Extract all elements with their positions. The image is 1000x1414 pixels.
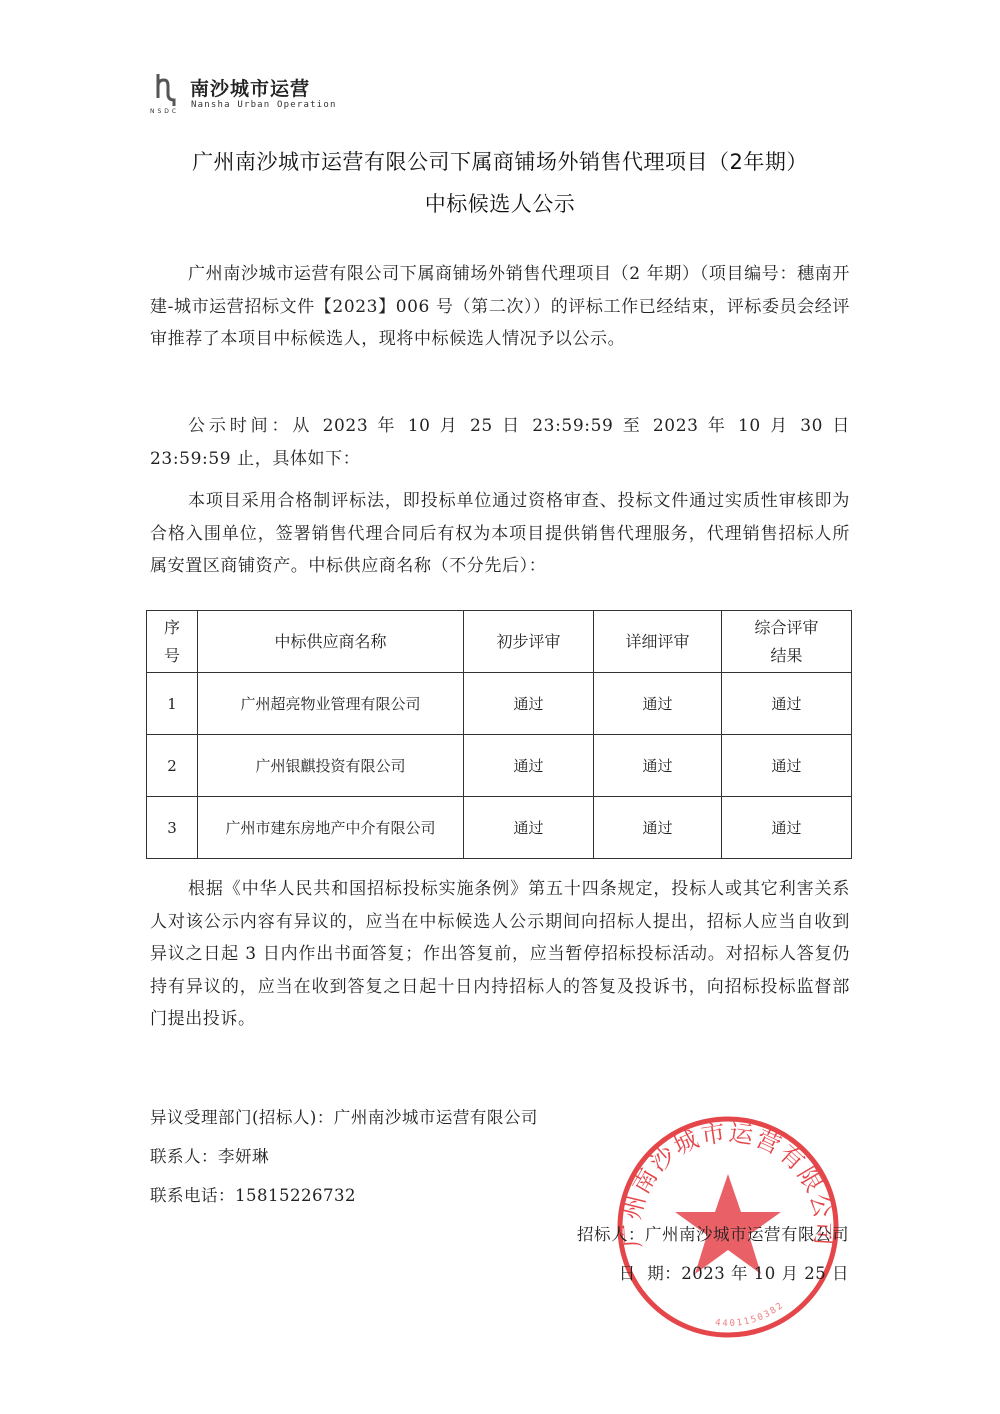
header-overall-result: 综合评审 结果 xyxy=(722,611,852,673)
contact-person: 联系人：李妍琳 xyxy=(150,1143,269,1167)
header-seq: 序 号 xyxy=(147,611,198,673)
cell-supplier-name: 广州市建东房地产中介有限公司 xyxy=(198,797,464,859)
cell-seq: 1 xyxy=(147,673,198,735)
intro-paragraph: 广州南沙城市运营有限公司下属商铺场外销售代理项目（2 年期）（项目编号：穗南开建… xyxy=(150,258,850,356)
header-supplier-name: 中标供应商名称 xyxy=(198,611,464,673)
objection-department: 异议受理部门(招标人)：广州南沙城市运营有限公司 xyxy=(150,1104,538,1128)
logo-abbreviation: NSDC xyxy=(150,108,179,115)
header-preliminary-review: 初步评审 xyxy=(464,611,594,673)
evaluation-method-paragraph: 本项目采用合格制评标法，即投标单位通过资格审查、投标文件通过实质性审核即为合格入… xyxy=(150,485,850,583)
header-result-line1: 综合评审 xyxy=(754,618,818,637)
cell-preliminary: 通过 xyxy=(464,673,594,735)
cell-supplier-name: 广州超亮物业管理有限公司 xyxy=(198,673,464,735)
header-detailed-review: 详细评审 xyxy=(594,611,722,673)
cell-result: 通过 xyxy=(722,797,852,859)
cell-preliminary: 通过 xyxy=(464,735,594,797)
cell-detailed: 通过 xyxy=(594,735,722,797)
company-logo: NSDC 南沙城市运营 Nansha Urban Operation xyxy=(150,72,350,120)
cell-result: 通过 xyxy=(722,735,852,797)
cell-detailed: 通过 xyxy=(594,673,722,735)
header-result-line2: 结果 xyxy=(770,646,802,665)
contact-phone: 联系电话：15815226732 xyxy=(150,1182,356,1206)
table-header-row: 序 号 中标供应商名称 初步评审 详细评审 综合评审 结果 xyxy=(147,611,852,673)
nsdc-logo-icon xyxy=(154,72,180,106)
table-row: 2 广州银麒投资有限公司 通过 通过 通过 xyxy=(147,735,852,797)
header-seq-line1: 序 xyxy=(164,618,180,637)
cell-seq: 3 xyxy=(147,797,198,859)
header-seq-line2: 号 xyxy=(164,646,180,665)
document-subtitle: 中标候选人公示 xyxy=(0,188,1000,218)
tenderer-signature: 招标人：广州南沙城市运营有限公司 xyxy=(577,1221,849,1245)
objection-rules-paragraph: 根据《中华人民共和国招标投标实施条例》第五十四条规定，投标人或其它利害关系人对该… xyxy=(150,873,850,1036)
logo-name-en: Nansha Urban Operation xyxy=(191,100,337,110)
announcement-period-paragraph: 公示时间：从 2023 年 10 月 25 日 23:59:59 至 2023 … xyxy=(150,410,850,475)
cell-preliminary: 通过 xyxy=(464,797,594,859)
cell-detailed: 通过 xyxy=(594,797,722,859)
logo-name-cn: 南沙城市运营 xyxy=(190,74,310,101)
table-row: 1 广州超亮物业管理有限公司 通过 通过 通过 xyxy=(147,673,852,735)
cell-seq: 2 xyxy=(147,735,198,797)
signature-date: 日 期：2023 年 10 月 25 日 xyxy=(619,1260,849,1284)
table-row: 3 广州市建东房地产中介有限公司 通过 通过 通过 xyxy=(147,797,852,859)
candidate-table: 序 号 中标供应商名称 初步评审 详细评审 综合评审 结果 1 广州超亮物业管理… xyxy=(146,610,852,859)
document-title: 广州南沙城市运营有限公司下属商铺场外销售代理项目（2年期） xyxy=(0,146,1000,176)
cell-result: 通过 xyxy=(722,673,852,735)
cell-supplier-name: 广州银麒投资有限公司 xyxy=(198,735,464,797)
